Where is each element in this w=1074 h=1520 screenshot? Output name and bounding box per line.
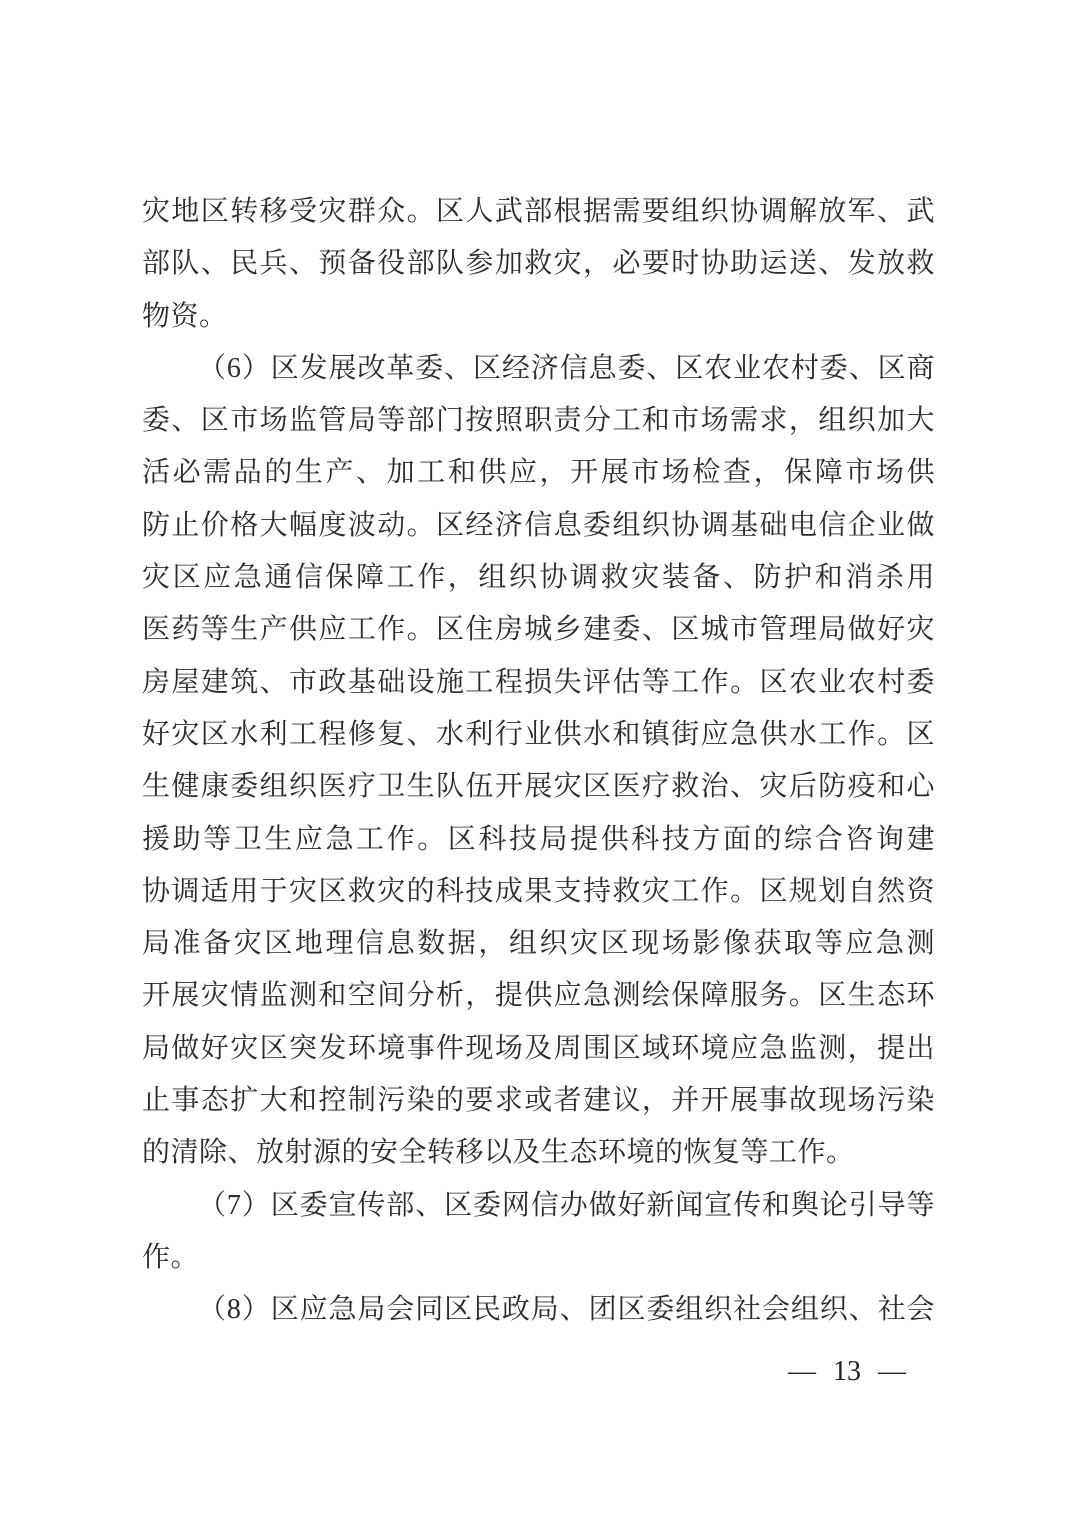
text-line: 的清除、放射源的安全转移以及生态环境的恢复等工作。 [142,1127,935,1179]
text-line: 止事态扩大和控制污染的要求或者建议，并开展事故现场污染物 [142,1075,935,1127]
text-line: 物资。 [142,291,935,343]
text-line: 委、区市场监管局等部门按照职责分工和市场需求，组织加大生 [142,395,935,447]
text-line: 灾区应急通信保障工作，组织协调救灾装备、防护和消杀用品、 [142,552,935,604]
text-line: （8）区应急局会同区民政局、团区委组织社会组织、社会工 [142,1284,935,1336]
text-line: 局做好灾区突发环境事件现场及周围区域环境应急监测，提出防 [142,1023,935,1075]
text-line: 好灾区水利工程修复、水利行业供水和镇街应急供水工作。区卫 [142,709,935,761]
text-line: 灾地区转移受灾群众。区人武部根据需要组织协调解放军、武警 [142,186,935,238]
text-line: 防止价格大幅度波动。区经济信息委组织协调基础电信企业做好 [142,500,935,552]
text-line: 部队、民兵、预备役部队参加救灾，必要时协助运送、发放救灾 [142,238,935,290]
document-lines: 灾地区转移受灾群众。区人武部根据需要组织协调解放军、武警部队、民兵、预备役部队参… [142,186,935,1337]
document-page: 灾地区转移受灾群众。区人武部根据需要组织协调解放军、武警部队、民兵、预备役部队参… [0,0,1074,1520]
page-number: — 13 — [788,1352,906,1392]
text-line: 协调适用于灾区救灾的科技成果支持救灾工作。区规划自然资源 [142,866,935,918]
text-line: （7）区委宣传部、区委网信办做好新闻宣传和舆论引导等工 [142,1180,935,1232]
text-line: 援助等卫生应急工作。区科技局提供科技方面的综合咨询建议， [142,814,935,866]
text-line: 生健康委组织医疗卫生队伍开展灾区医疗救治、灾后防疫和心理 [142,761,935,813]
text-line: （6）区发展改革委、区经济信息委、区农业农村委、区商务 [142,343,935,395]
text-line: 活必需品的生产、加工和供应，开展市场检查，保障市场供应， [142,447,935,499]
text-line: 开展灾情监测和空间分析，提供应急测绘保障服务。区生态环境 [142,970,935,1022]
text-line: 房屋建筑、市政基础设施工程损失评估等工作。区农业农村委做 [142,657,935,709]
text-line: 医药等生产供应工作。区住房城乡建委、区城市管理局做好灾区 [142,604,935,656]
text-line: 局准备灾区地理信息数据，组织灾区现场影像获取等应急测绘， [142,918,935,970]
text-line: 作。 [142,1232,935,1284]
